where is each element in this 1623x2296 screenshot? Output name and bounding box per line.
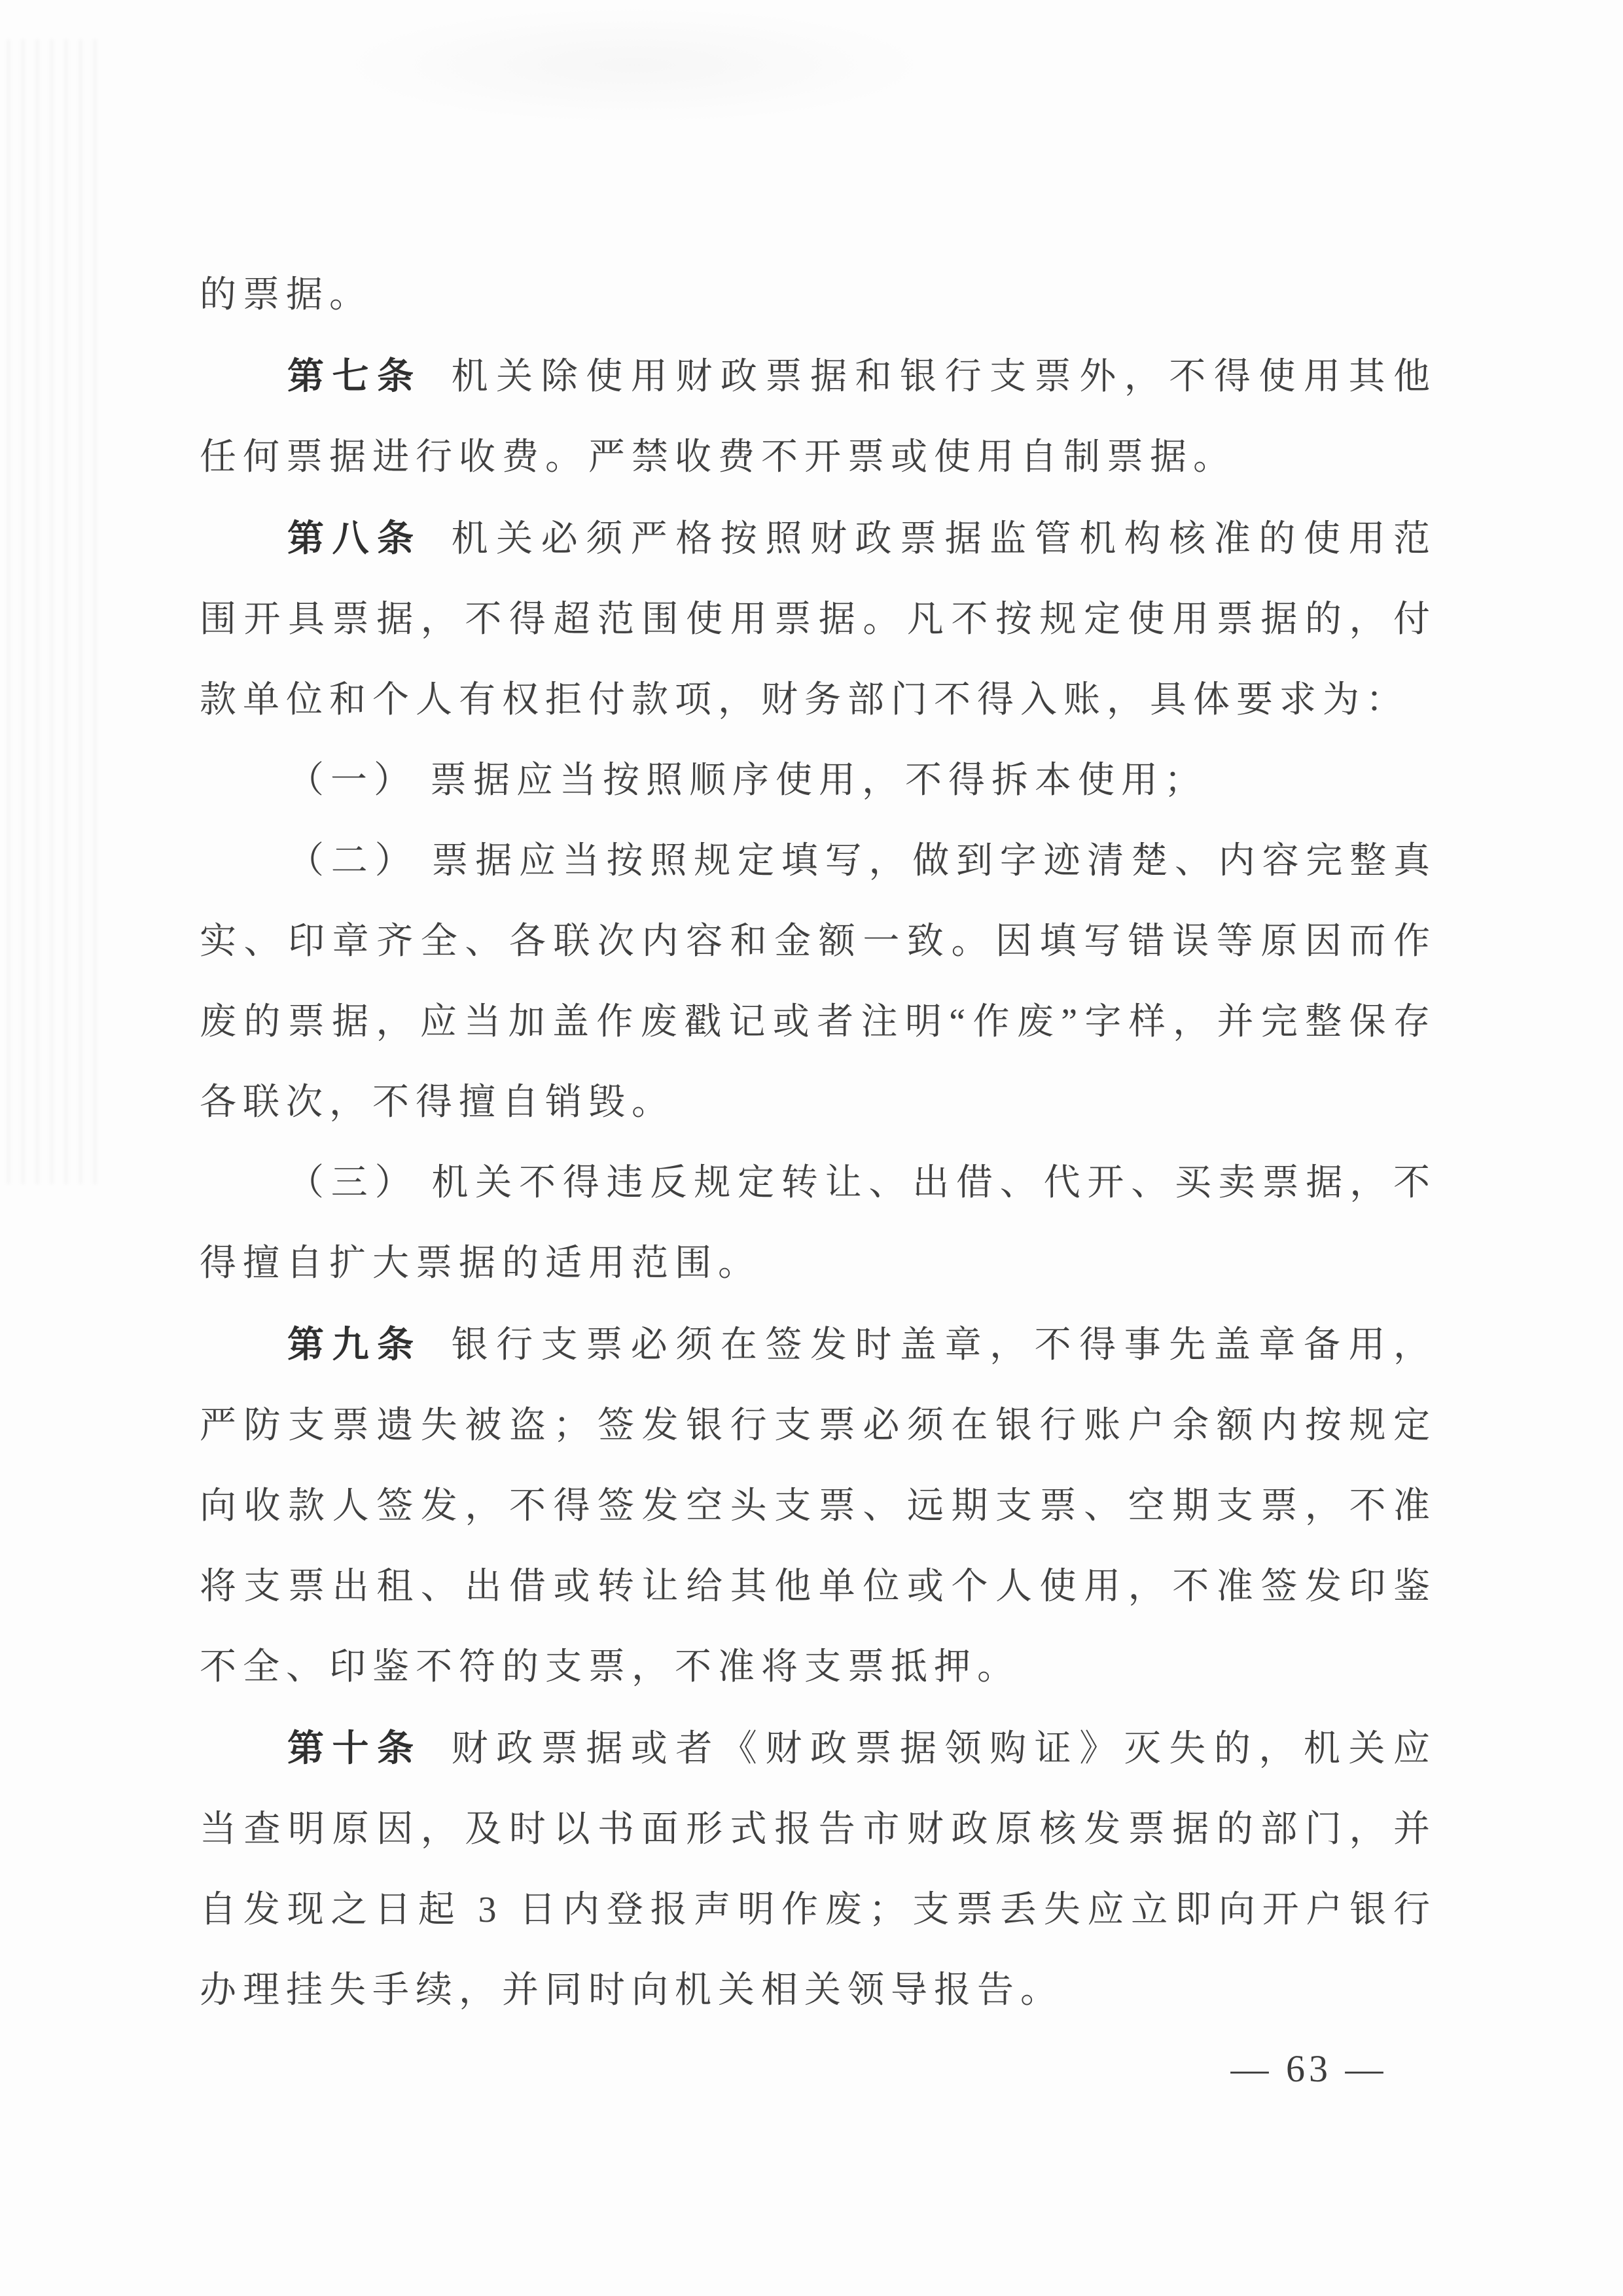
article-9-paragraph: 第九条银行支票必须在签发时盖章，不得事先盖章备用，严防支票遗失被盗；签发银行支票…	[200, 1304, 1436, 1708]
article-8-label: 第八条	[287, 518, 422, 559]
article-9-text: 银行支票必须在签发时盖章，不得事先盖章备用，严防支票遗失被盗；签发银行支票必须在…	[200, 1325, 1436, 1687]
article-10-label: 第十条	[287, 1727, 422, 1769]
article-10-text: 财政票据或者《财政票据领购证》灭失的，机关应当查明原因，及时以书面形式报告市财政…	[200, 1729, 1436, 2011]
article-7-label: 第七条	[287, 355, 422, 397]
article-7-paragraph: 第七条机关除使用财政票据和银行支票外，不得使用其他任何票据进行收费。严禁收费不开…	[200, 336, 1436, 498]
item-1-label: （一）	[287, 760, 417, 801]
article-10-paragraph: 第十条财政票据或者《财政票据领购证》灭失的，机关应当查明原因，及时以书面形式报告…	[200, 1708, 1436, 2031]
item-1-text: 票据应当按照顺序使用，不得拆本使用；	[430, 760, 1207, 801]
document-body: 的票据。 第七条机关除使用财政票据和银行支票外，不得使用其他任何票据进行收费。严…	[200, 255, 1436, 2031]
item-3-paragraph: （三）机关不得违反规定转让、出借、代开、买卖票据，不得擅自扩大票据的适用范围。	[200, 1143, 1436, 1304]
scan-artifact-streaks	[7, 39, 105, 1184]
article-9-label: 第九条	[287, 1324, 422, 1365]
article-8-paragraph: 第八条机关必须严格按照财政票据监管机构核准的使用范围开具票据，不得超范围使用票据…	[200, 498, 1436, 741]
scan-artifact-smudge	[340, 7, 929, 124]
paragraph-text: 的票据。	[200, 275, 372, 315]
page-number: — 63 —	[1207, 2047, 1410, 2091]
document-page: 的票据。 第七条机关除使用财政票据和银行支票外，不得使用其他任何票据进行收费。严…	[0, 0, 1623, 2296]
item-2-label: （二）	[287, 841, 418, 881]
item-1-paragraph: （一）票据应当按照顺序使用，不得拆本使用；	[200, 741, 1436, 821]
item-3-label: （三）	[287, 1163, 418, 1203]
item-2-paragraph: （二）票据应当按照规定填写，做到字迹清楚、内容完整真实、印章齐全、各联次内容和金…	[200, 821, 1436, 1143]
item-2-text: 票据应当按照规定填写，做到字迹清楚、内容完整真实、印章齐全、各联次内容和金额一致…	[200, 841, 1436, 1123]
paragraph-continuation: 的票据。	[200, 255, 1436, 336]
